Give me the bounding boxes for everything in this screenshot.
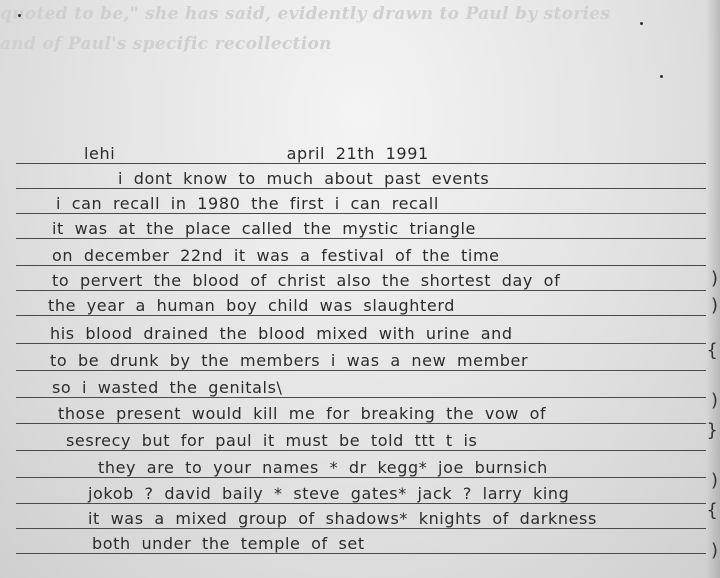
margin-brace-mark: } — [707, 420, 718, 441]
speck-mark — [660, 75, 663, 78]
handwritten-line: i dont know to much about past events — [118, 170, 489, 188]
speck-mark — [18, 14, 21, 17]
ruled-line — [16, 503, 706, 504]
header-place: lehi — [84, 145, 115, 163]
margin-brace-mark: ) — [711, 390, 718, 411]
margin-brace-mark: ) — [711, 470, 718, 491]
page-edge-shadow — [706, 0, 720, 578]
margin-brace-mark: { — [707, 340, 718, 361]
ruled-line — [16, 450, 706, 451]
margin-brace-mark: ) — [711, 540, 718, 561]
handwritten-line: sesrecy but for paul it must be told ttt… — [66, 432, 477, 450]
handwritten-line: it was a mixed group of shadows* knights… — [88, 510, 597, 528]
ruled-line — [16, 213, 706, 214]
ruled-line — [16, 528, 706, 529]
handwritten-line: to be drunk by the members i was a new m… — [50, 352, 528, 370]
handwritten-line: it was at the place called the mystic tr… — [52, 220, 476, 238]
ruled-line — [16, 290, 706, 291]
handwritten-line: to pervert the blood of christ also the … — [52, 272, 560, 290]
handwritten-line: they are to your names * dr kegg* joe bu… — [98, 459, 548, 477]
ruled-line — [16, 477, 706, 478]
handwritten-line: so i wasted the genitals\ — [52, 379, 283, 397]
handwritten-line: the year a human boy child was slaughter… — [48, 297, 455, 315]
ruled-line — [16, 315, 706, 316]
bleed-through-text-line: and of Paul's specific recollection — [0, 34, 332, 54]
header-line: lehi april 21th 1991 — [84, 145, 429, 163]
ruled-line — [16, 163, 706, 164]
margin-brace-mark: { — [707, 500, 718, 521]
ruled-line — [16, 370, 706, 371]
handwritten-line: both under the temple of set — [92, 535, 365, 553]
ruled-line — [16, 423, 706, 424]
margin-brace-mark: ) — [711, 295, 718, 316]
handwritten-line: jokob ? david baily * steve gates* jack … — [88, 485, 569, 503]
bleed-through-text-line: quoted to be," she has said, evidently d… — [0, 4, 610, 24]
ruled-line — [16, 343, 706, 344]
margin-brace-mark: ) — [711, 268, 718, 289]
ruled-line — [16, 397, 706, 398]
ruled-line — [16, 553, 706, 554]
ruled-line — [16, 188, 706, 189]
header-date: april 21th 1991 — [287, 145, 429, 163]
ruled-line — [16, 238, 706, 239]
speck-mark — [640, 22, 643, 25]
handwritten-line: on december 22nd it was a festival of th… — [52, 247, 500, 265]
handwritten-line: i can recall in 1980 the first i can rec… — [56, 195, 439, 213]
handwritten-line: his blood drained the blood mixed with u… — [50, 325, 513, 343]
ruled-line — [16, 265, 706, 266]
notebook-page: quoted to be," she has said, evidently d… — [0, 0, 720, 578]
handwritten-line: those present would kill me for breaking… — [58, 405, 546, 423]
